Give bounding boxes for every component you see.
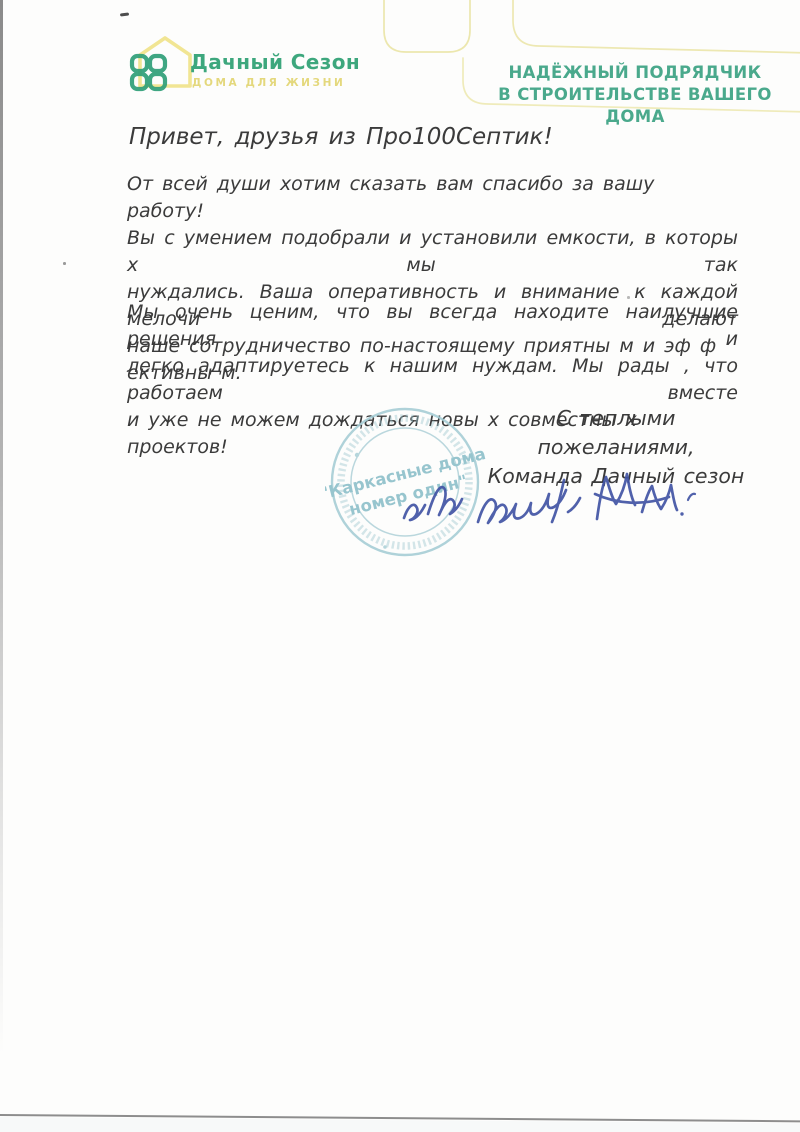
company-name: Дачный Сезон	[190, 50, 360, 74]
slogan-line: НАДЁЖНЫЙ ПОДРЯДЧИК	[488, 62, 782, 84]
letter-line: легко адаптируетесь к нашим нуждам. Мы р…	[127, 353, 738, 407]
letter-line: Мы очень ценим, что вы всегда находите н…	[127, 299, 738, 353]
scan-speck	[63, 262, 66, 265]
letter-greeting: Привет, друзья из Про100Септик!	[129, 124, 749, 150]
slogan-line: В СТРОИТЕЛЬСТВЕ ВАШЕГО ДОМА	[488, 84, 782, 128]
company-tagline: ДОМА ДЛЯ ЖИЗНИ	[192, 77, 345, 89]
company-logo-icon	[126, 34, 196, 96]
letter-line: Вы с умением подобрали и установили емко…	[127, 225, 738, 279]
letter-line: От всей души хотим сказать вам спасибо з…	[127, 171, 738, 225]
scanned-letter-page: Дачный Сезон ДОМА ДЛЯ ЖИЗНИ НАДЁЖНЫЙ ПОД…	[0, 0, 800, 1132]
header-slogan: НАДЁЖНЫЙ ПОДРЯДЧИК В СТРОИТЕЛЬСТВЕ ВАШЕГ…	[488, 62, 782, 128]
handwritten-signature: Макурин М.М.	[392, 442, 697, 542]
